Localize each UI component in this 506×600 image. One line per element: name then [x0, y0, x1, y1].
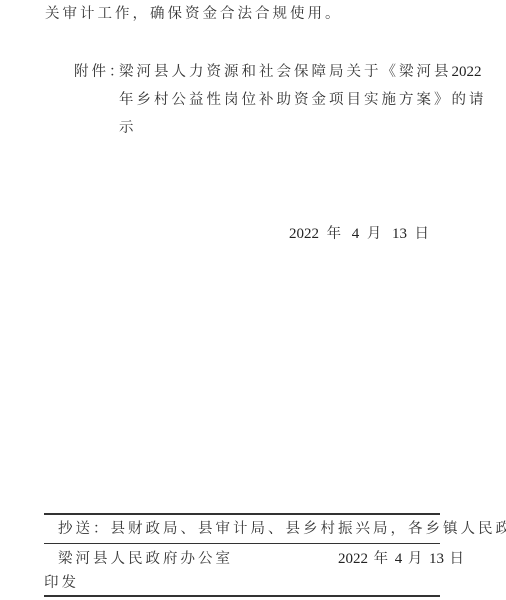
closing-line: 关审计工作，确保资金合法合规使用。	[45, 4, 343, 24]
footer-top-rule	[44, 513, 440, 515]
footer-bottom-rule	[44, 595, 440, 597]
signature-date: 2022 年 4 月 13 日	[289, 224, 432, 244]
issued-label: 印发	[44, 573, 79, 593]
footer-middle-rule	[44, 543, 440, 544]
issue-date: 2022 年 4 月 13 日	[338, 549, 465, 569]
attachment-title-line-2: 年乡村公益性岗位补助资金项目实施方案》的请	[119, 90, 487, 110]
attachment-title-line-1: 梁河县人力资源和社会保障局关于《梁河县2022	[119, 62, 482, 82]
attachment-title-line-3: 示	[119, 118, 137, 138]
issuer-name: 梁河县人民政府办公室	[58, 549, 233, 569]
cc-line: 抄送：县财政局、县审计局、县乡村振兴局，各乡镇人民政府。	[58, 519, 506, 539]
